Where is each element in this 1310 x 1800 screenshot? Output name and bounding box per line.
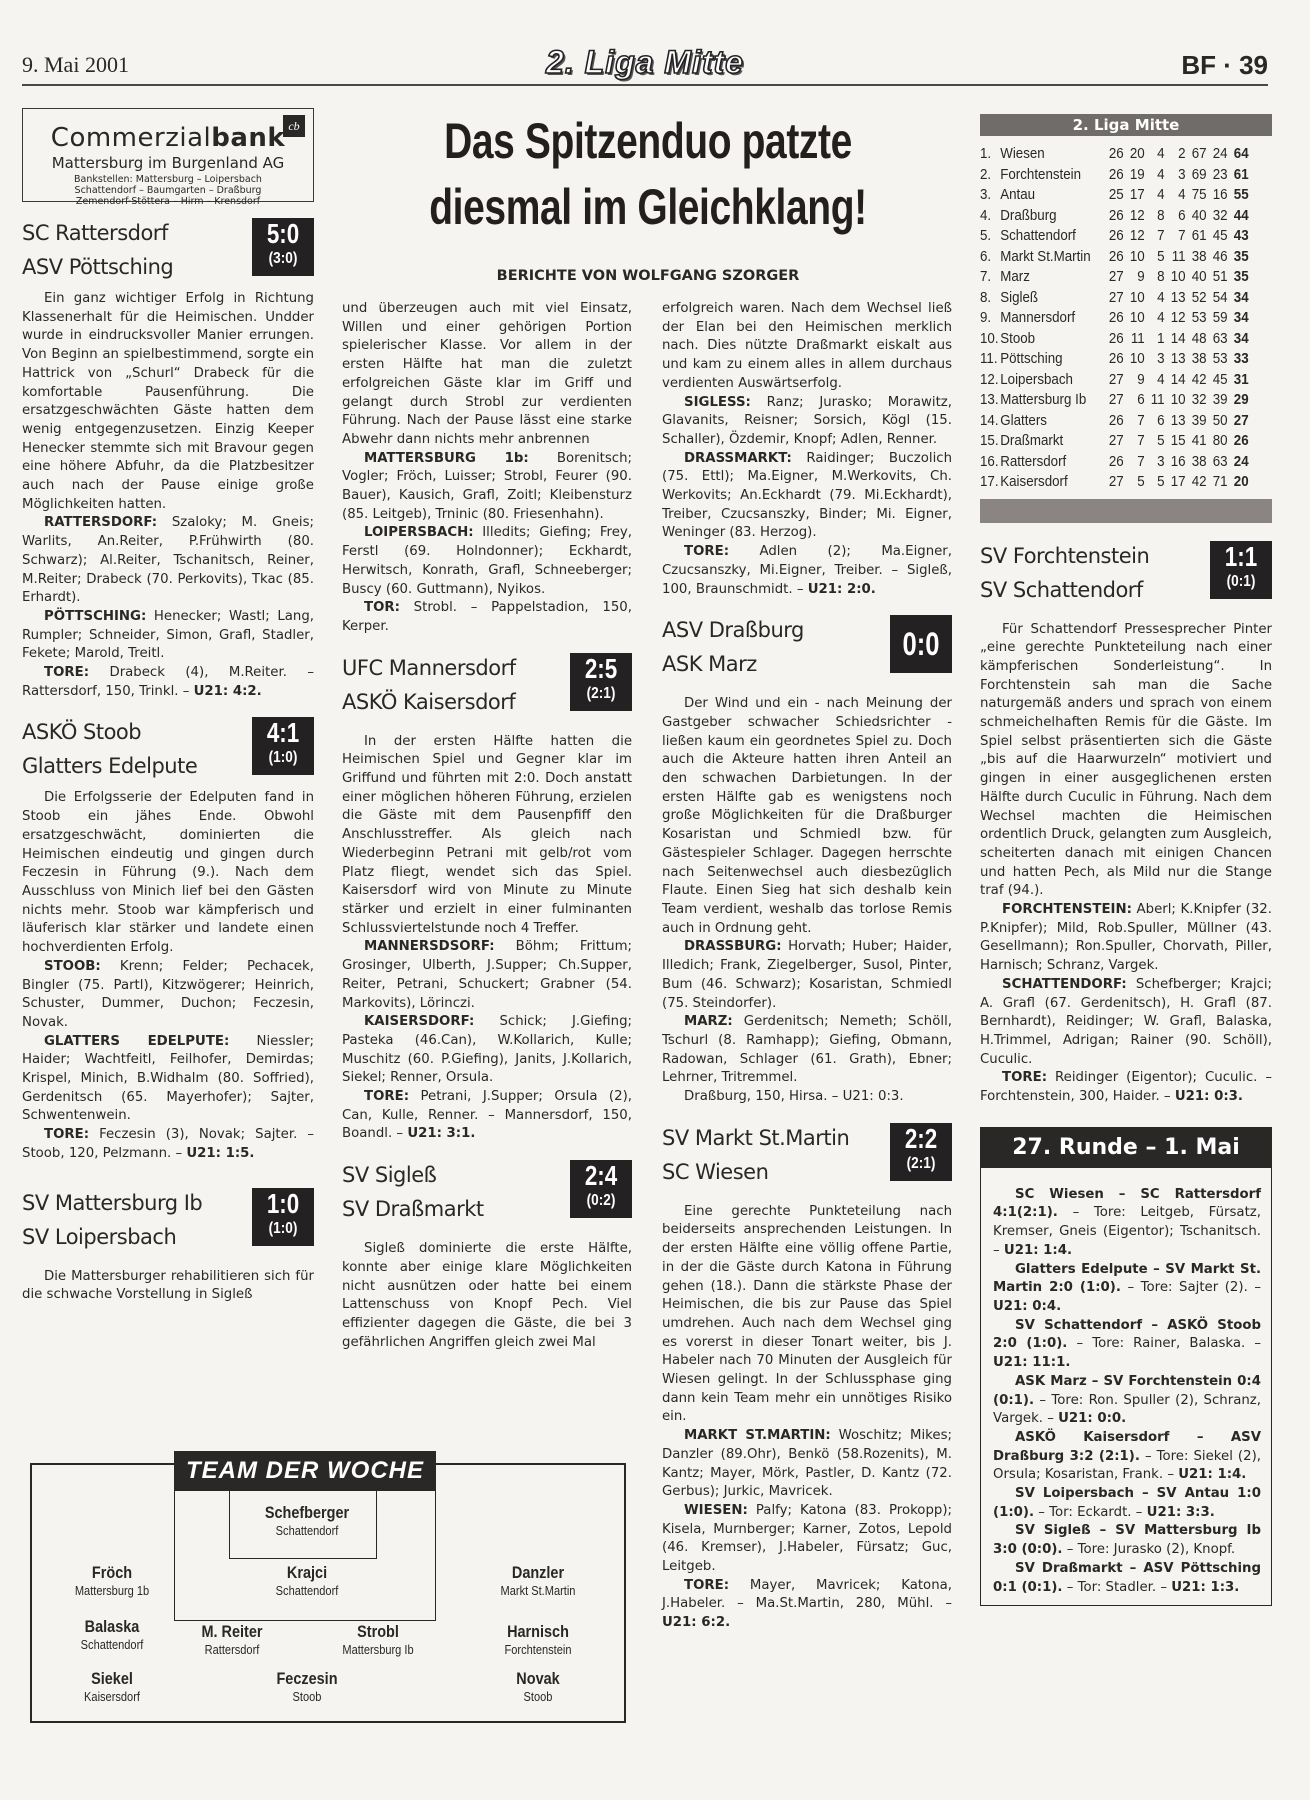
standings-cell-pos: 5. — [980, 226, 1000, 247]
standings-cell-s: 5 — [1124, 472, 1145, 493]
score-box: 1:0(1:0) — [252, 1188, 314, 1246]
standings-cell-pos: 14. — [980, 411, 1000, 432]
standings-cell-n: 3 — [1165, 165, 1186, 186]
standings-cell-team: Marz — [1000, 267, 1102, 288]
standings-cell-ta: 80 — [1207, 431, 1228, 452]
standings-cell-pos: 11. — [980, 349, 1000, 370]
standings-cell-sp: 27 — [1103, 390, 1124, 411]
standings-cell-sp: 26 — [1103, 349, 1124, 370]
standings-cell-tf: 75 — [1186, 185, 1207, 206]
standings-cell-u: 5 — [1145, 472, 1165, 493]
standings-cell-u: 5 — [1145, 247, 1165, 268]
match-report: Sigleß dominierte die erste Hälfte, konn… — [342, 1240, 632, 1352]
player: BalaskaSchattendorf — [42, 1617, 182, 1652]
standings-cell-tf: 41 — [1186, 431, 1207, 452]
standings-cell-n: 16 — [1165, 452, 1186, 473]
bank-brand: Commerzialbank — [33, 123, 303, 153]
standings-row: 11.Pöttsching2610313385333 — [980, 349, 1249, 370]
match-header: SC RattersdorfASV Pöttsching 5:0(3:0) — [22, 216, 314, 280]
standings-cell-tf: 32 — [1186, 390, 1207, 411]
standings-cell-pts: 44 — [1228, 206, 1249, 227]
match-header: SV ForchtensteinSV Schattendorf 1:1(0:1) — [980, 539, 1272, 603]
player-goalkeeper: SchefbergerSchattendorf — [237, 1503, 377, 1538]
round-title: 27. Runde – 1. Mai — [981, 1128, 1271, 1168]
match-header: UFC MannersdorfASKÖ Kaisersdorf 2:5(2:1) — [342, 651, 632, 715]
round-result: SV Schattendorf – ASKÖ Stoob 2:0 (1:0). … — [993, 1317, 1261, 1373]
standings-cell-pts: 34 — [1228, 308, 1249, 329]
standings-cell-s: 12 — [1124, 226, 1145, 247]
standings-row: 8.Sigleß2710413525434 — [980, 288, 1249, 309]
standings-cell-n: 4 — [1165, 185, 1186, 206]
standings-cell-pts: 29 — [1228, 390, 1249, 411]
standings-cell-team: Forchtenstein — [1000, 165, 1102, 186]
column-1: cb Commerzialbank Mattersburg im Burgenl… — [22, 108, 314, 1305]
standings-cell-tf: 52 — [1186, 288, 1207, 309]
round-result: SV Draßmarkt – ASV Pöttsching 0:1 (0:1).… — [993, 1560, 1261, 1597]
standings-cell-s: 9 — [1124, 370, 1145, 391]
standings-cell-team: Kaisersdorf — [1000, 472, 1102, 493]
score-box: 2:5(2:1) — [570, 653, 632, 711]
player: NovakStoob — [468, 1669, 608, 1704]
standings-table: 2. Liga Mitte 1.Wiesen2620426724642.Forc… — [980, 114, 1272, 523]
standings-row: 13.Mattersburg Ib2761110323929 — [980, 390, 1249, 411]
player: M. ReiterRattersdorf — [162, 1622, 302, 1657]
standings-cell-s: 10 — [1124, 308, 1145, 329]
team-of-week-title: TEAM DER WOCHE — [174, 1451, 436, 1491]
standings-cell-n: 10 — [1165, 267, 1186, 288]
standings-cell-tf: 40 — [1186, 267, 1207, 288]
standings-cell-team: Mannersdorf — [1000, 308, 1102, 329]
match-header: SV SigleßSV Draßmarkt 2:4(0:2) — [342, 1158, 632, 1222]
standings-row: 2.Forchtenstein261943692361 — [980, 165, 1249, 186]
standings-row: 4.Draßburg261286403244 — [980, 206, 1249, 227]
standings-cell-team: Glatters — [1000, 411, 1102, 432]
standings-cell-team: Stoob — [1000, 329, 1102, 350]
standings-row: 9.Mannersdorf2610412535934 — [980, 308, 1249, 329]
standings-cell-n: 12 — [1165, 308, 1186, 329]
standings-row: 6.Markt St.Martin2610511384635 — [980, 247, 1249, 268]
standings-cell-tf: 39 — [1186, 411, 1207, 432]
standings-cell-ta: 45 — [1207, 370, 1228, 391]
standings-cell-sp: 26 — [1103, 165, 1124, 186]
standings-cell-pts: 34 — [1228, 288, 1249, 309]
standings-cell-u: 8 — [1145, 206, 1165, 227]
standings-cell-n: 13 — [1165, 411, 1186, 432]
round-result: ASKÖ Kaisersdorf – ASV Draßburg 3:2 (2:1… — [993, 1429, 1261, 1485]
standings-cell-pts: 35 — [1228, 247, 1249, 268]
match-report: Die Erfolgsserie der Edelputen fand in S… — [22, 789, 314, 1163]
standings-cell-n: 2 — [1165, 144, 1186, 165]
match-header: ASKÖ StoobGlatters Edelpute 4:1(1:0) — [22, 715, 314, 779]
standings-cell-ta: 51 — [1207, 267, 1228, 288]
standings-cell-team: Wiesen — [1000, 144, 1102, 165]
standings-cell-tf: 38 — [1186, 247, 1207, 268]
standings-cell-u: 4 — [1145, 370, 1165, 391]
standings-cell-tf: 40 — [1186, 206, 1207, 227]
standings-cell-ta: 63 — [1207, 452, 1228, 473]
standings-cell-s: 10 — [1124, 288, 1145, 309]
standings-cell-sp: 26 — [1103, 226, 1124, 247]
match-report-continued: erfolgreich waren. Nach dem Wechsel ließ… — [662, 300, 952, 599]
standings-row: 3.Antau251744751655 — [980, 185, 1249, 206]
standings-cell-sp: 26 — [1103, 411, 1124, 432]
standings-cell-pts: 55 — [1228, 185, 1249, 206]
standings-row: 12.Loipersbach279414424531 — [980, 370, 1249, 391]
match-report: Eine gerechte Punkteteilung nach beiders… — [662, 1203, 952, 1633]
standings-cell-team: Markt St.Martin — [1000, 247, 1102, 268]
standings-cell-tf: 38 — [1186, 349, 1207, 370]
standings-cell-pos: 3. — [980, 185, 1000, 206]
player: SiekelKaisersdorf — [42, 1669, 182, 1704]
standings-cell-u: 4 — [1145, 165, 1165, 186]
match-report: Ein ganz wichtiger Erfolg in Richtung Kl… — [22, 290, 314, 701]
standings-cell-n: 14 — [1165, 329, 1186, 350]
standings-cell-pts: 43 — [1228, 226, 1249, 247]
standings-cell-sp: 26 — [1103, 206, 1124, 227]
standings-cell-pos: 12. — [980, 370, 1000, 391]
score-box: 2:4(0:2) — [570, 1160, 632, 1218]
standings-cell-u: 7 — [1145, 226, 1165, 247]
standings-cell-u: 3 — [1145, 452, 1165, 473]
standings-cell-s: 12 — [1124, 206, 1145, 227]
standings-cell-sp: 26 — [1103, 452, 1124, 473]
standings-cell-team: Draßmarkt — [1000, 431, 1102, 452]
bank-logo-icon: cb — [283, 115, 305, 137]
round-result: Glatters Edelpute – SV Markt St. Martin … — [993, 1261, 1261, 1317]
standings-cell-u: 8 — [1145, 267, 1165, 288]
standings-cell-pts: 26 — [1228, 431, 1249, 452]
standings-cell-n: 14 — [1165, 370, 1186, 391]
standings-cell-team: Schattendorf — [1000, 226, 1102, 247]
standings-cell-pts: 33 — [1228, 349, 1249, 370]
standings-cell-s: 11 — [1124, 329, 1145, 350]
headline-line-1: Das Spitzenduo patzte — [409, 108, 886, 174]
standings-cell-pts: 64 — [1228, 144, 1249, 165]
standings-cell-pts: 31 — [1228, 370, 1249, 391]
round-results: SC Wiesen – SC Rattersdorf 4:1(2:1). – T… — [981, 1168, 1271, 1605]
standings-cell-s: 19 — [1124, 165, 1145, 186]
player: StroblMattersburg Ib — [308, 1622, 448, 1657]
match-header: SV Mattersburg IbSV Loipersbach 1:0(1:0) — [22, 1186, 314, 1250]
byline: BERICHTE VON WOLFGANG SZORGER — [342, 268, 954, 284]
standings-row: 5.Schattendorf261277614543 — [980, 226, 1249, 247]
standings-cell-s: 7 — [1124, 452, 1145, 473]
standings-row: 16.Rattersdorf267316386324 — [980, 452, 1249, 473]
round-result: SV Loipersbach – SV Antau 1:0 (1:0). – T… — [993, 1485, 1261, 1522]
standings-cell-pos: 8. — [980, 288, 1000, 309]
player: FröchMattersburg 1b — [42, 1563, 182, 1598]
standings-cell-s: 10 — [1124, 349, 1145, 370]
headline-line-2: diesmal im Gleichklang! — [409, 174, 886, 240]
standings-cell-pos: 7. — [980, 267, 1000, 288]
standings-cell-team: Mattersburg Ib — [1000, 390, 1102, 411]
column-3: erfolgreich waren. Nach dem Wechsel ließ… — [662, 300, 952, 1633]
player: HarnischForchtenstein — [468, 1622, 608, 1657]
score-box: 1:1(0:1) — [1210, 541, 1272, 599]
match-report: Für Schattendorf Pressesprecher Pinter „… — [980, 621, 1272, 1107]
round-result: ASK Marz – SV Forchtenstein 0:4 (0:1). –… — [993, 1373, 1261, 1429]
standings-cell-pos: 16. — [980, 452, 1000, 473]
standings-cell-team: Pöttsching — [1000, 349, 1102, 370]
standings-footer-bar — [980, 499, 1272, 523]
main-headline: Das Spitzenduo patzte diesmal im Gleichk… — [409, 108, 886, 240]
standings-cell-pos: 9. — [980, 308, 1000, 329]
standings-row: 15.Draßmarkt277515418026 — [980, 431, 1249, 452]
standings-cell-sp: 27 — [1103, 267, 1124, 288]
standings-cell-u: 11 — [1145, 390, 1165, 411]
standings-cell-ta: 50 — [1207, 411, 1228, 432]
standings-cell-tf: 69 — [1186, 165, 1207, 186]
column-2: und überzeugen auch mit viel Einsatz, Wi… — [342, 300, 632, 1352]
standings-cell-s: 20 — [1124, 144, 1145, 165]
standings-cell-u: 6 — [1145, 411, 1165, 432]
standings-cell-pos: 4. — [980, 206, 1000, 227]
round-result: SC Wiesen – SC Rattersdorf 4:1(2:1). – T… — [993, 1186, 1261, 1261]
standings-cell-ta: 23 — [1207, 165, 1228, 186]
standings-cell-n: 7 — [1165, 226, 1186, 247]
standings-cell-u: 4 — [1145, 288, 1165, 309]
standings-cell-n: 6 — [1165, 206, 1186, 227]
page-header: 9. Mai 2001 2. Liga Mitte BF · 39 — [22, 44, 1268, 86]
standings-cell-s: 7 — [1124, 431, 1145, 452]
score-box: 5:0(3:0) — [252, 218, 314, 276]
standings-cell-sp: 27 — [1103, 370, 1124, 391]
standings-cell-pts: 61 — [1228, 165, 1249, 186]
standings-cell-ta: 24 — [1207, 144, 1228, 165]
standings-cell-team: Antau — [1000, 185, 1102, 206]
match-header: ASV DraßburgASK Marz 0:0 — [662, 613, 952, 677]
standings-cell-ta: 32 — [1207, 206, 1228, 227]
match-report: Der Wind und ein - nach Meinung der Gast… — [662, 695, 952, 1106]
standings-cell-pos: 2. — [980, 165, 1000, 186]
standings-cell-sp: 27 — [1103, 431, 1124, 452]
standings-cell-n: 11 — [1165, 247, 1186, 268]
page-number: BF · 39 — [1181, 50, 1268, 81]
player: DanzlerMarkt St.Martin — [468, 1563, 608, 1598]
standings-cell-team: Draßburg — [1000, 206, 1102, 227]
standings-cell-ta: 54 — [1207, 288, 1228, 309]
standings-cell-ta: 16 — [1207, 185, 1228, 206]
standings-cell-tf: 48 — [1186, 329, 1207, 350]
standings-cell-s: 17 — [1124, 185, 1145, 206]
standings-row: 17.Kaisersdorf275517427120 — [980, 472, 1249, 493]
standings-row: 14.Glatters267613395027 — [980, 411, 1249, 432]
bank-branches: Bankstellen: Mattersburg – Loipersbach S… — [33, 174, 303, 207]
standings-cell-s: 10 — [1124, 247, 1145, 268]
standings-cell-tf: 53 — [1186, 308, 1207, 329]
standings-row: 1.Wiesen262042672464 — [980, 144, 1249, 165]
standings-cell-n: 13 — [1165, 349, 1186, 370]
standings-cell-ta: 71 — [1207, 472, 1228, 493]
standings-cell-u: 3 — [1145, 349, 1165, 370]
round-results-box: 27. Runde – 1. Mai SC Wiesen – SC Ratter… — [980, 1127, 1272, 1606]
standings-cell-ta: 53 — [1207, 349, 1228, 370]
standings-title: 2. Liga Mitte — [980, 114, 1272, 136]
round-result: SV Sigleß – SV Mattersburg Ib 3:0 (0:0).… — [993, 1522, 1261, 1559]
standings-cell-ta: 59 — [1207, 308, 1228, 329]
standings-grid: 1.Wiesen2620426724642.Forchtenstein26194… — [980, 144, 1249, 493]
standings-cell-sp: 27 — [1103, 288, 1124, 309]
standings-cell-team: Sigleß — [1000, 288, 1102, 309]
score-box: 2:2(2:1) — [890, 1123, 952, 1181]
standings-cell-sp: 26 — [1103, 308, 1124, 329]
standings-cell-n: 13 — [1165, 288, 1186, 309]
column-4: 2. Liga Mitte 1.Wiesen2620426724642.Forc… — [980, 114, 1272, 1606]
match-report-continued: und überzeugen auch mit viel Einsatz, Wi… — [342, 300, 632, 637]
match-header: SV Markt St.MartinSC Wiesen 2:2(2:1) — [662, 1121, 952, 1185]
standings-cell-n: 15 — [1165, 431, 1186, 452]
standings-cell-n: 17 — [1165, 472, 1186, 493]
score-box: 0:0 — [890, 615, 952, 673]
standings-cell-ta: 45 — [1207, 226, 1228, 247]
standings-cell-u: 5 — [1145, 431, 1165, 452]
section-title: 2. Liga Mitte — [22, 44, 1268, 81]
player: KrajciSchattendorf — [237, 1563, 377, 1598]
player: FeczesinStoob — [237, 1669, 377, 1704]
standings-cell-tf: 38 — [1186, 452, 1207, 473]
standings-cell-tf: 42 — [1186, 472, 1207, 493]
standings-cell-pos: 6. — [980, 247, 1000, 268]
standings-cell-sp: 25 — [1103, 185, 1124, 206]
standings-cell-pos: 17. — [980, 472, 1000, 493]
standings-cell-u: 4 — [1145, 308, 1165, 329]
standings-cell-sp: 26 — [1103, 144, 1124, 165]
standings-row: 10.Stoob2611114486334 — [980, 329, 1249, 350]
standings-cell-team: Loipersbach — [1000, 370, 1102, 391]
standings-cell-n: 10 — [1165, 390, 1186, 411]
standings-cell-sp: 26 — [1103, 329, 1124, 350]
standings-cell-s: 6 — [1124, 390, 1145, 411]
standings-cell-u: 1 — [1145, 329, 1165, 350]
standings-cell-pos: 10. — [980, 329, 1000, 350]
standings-cell-pts: 27 — [1228, 411, 1249, 432]
standings-cell-s: 9 — [1124, 267, 1145, 288]
standings-cell-pts: 34 — [1228, 329, 1249, 350]
standings-cell-pos: 15. — [980, 431, 1000, 452]
standings-cell-s: 7 — [1124, 411, 1145, 432]
standings-cell-tf: 42 — [1186, 370, 1207, 391]
standings-cell-team: Rattersdorf — [1000, 452, 1102, 473]
standings-cell-pos: 1. — [980, 144, 1000, 165]
bank-advertisement: cb Commerzialbank Mattersburg im Burgenl… — [22, 108, 314, 202]
standings-cell-ta: 63 — [1207, 329, 1228, 350]
team-of-the-week: TEAM DER WOCHE SchefbergerSchattendorf F… — [30, 1463, 626, 1723]
standings-cell-ta: 46 — [1207, 247, 1228, 268]
standings-cell-pos: 13. — [980, 390, 1000, 411]
standings-cell-ta: 39 — [1207, 390, 1228, 411]
score-box: 4:1(1:0) — [252, 717, 314, 775]
match-report: In der ersten Hälfte hatten die Heimisch… — [342, 733, 632, 1144]
standings-cell-sp: 26 — [1103, 247, 1124, 268]
standings-cell-pts: 20 — [1228, 472, 1249, 493]
standings-cell-pts: 35 — [1228, 267, 1249, 288]
standings-cell-sp: 27 — [1103, 472, 1124, 493]
standings-row: 7.Marz279810405135 — [980, 267, 1249, 288]
match-report: Die Mattersburger rehabilitieren sich fü… — [22, 1268, 314, 1305]
standings-cell-tf: 61 — [1186, 226, 1207, 247]
standings-cell-tf: 67 — [1186, 144, 1207, 165]
standings-cell-pts: 24 — [1228, 452, 1249, 473]
standings-cell-u: 4 — [1145, 185, 1165, 206]
standings-cell-u: 4 — [1145, 144, 1165, 165]
bank-subtitle: Mattersburg im Burgenland AG — [33, 154, 303, 172]
